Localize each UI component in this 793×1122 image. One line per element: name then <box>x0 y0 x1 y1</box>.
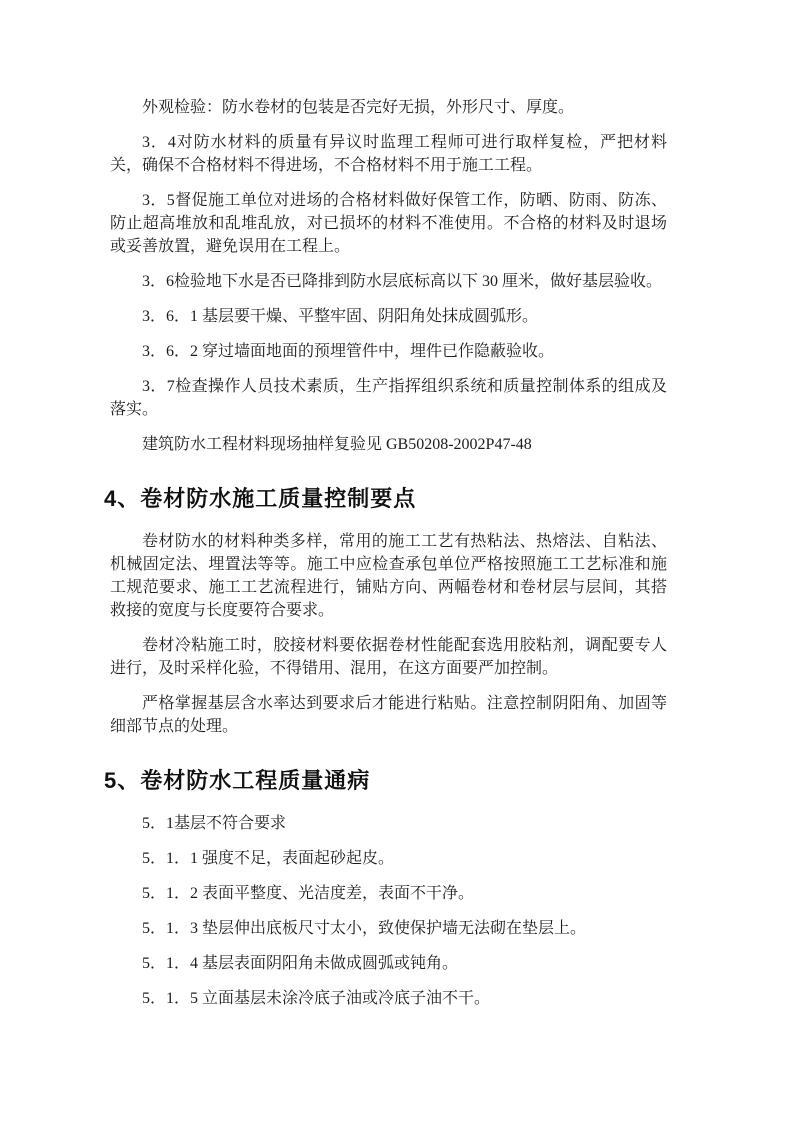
paragraph-3-6-2: 3．6．2 穿过墙面地面的预埋管件中，埋件已作隐蔽验收。 <box>110 340 667 363</box>
paragraph-base-moisture: 严格掌握基层含水率达到要求后才能进行粘贴。注意控制阴阳角、加固等细部节点的处理。 <box>110 692 667 738</box>
paragraph-3-6-1: 3．6．1 基层要干燥、平整牢固、阴阳角处抹成圆弧形。 <box>110 305 667 328</box>
paragraph-standard-reference: 建筑防水工程材料现场抽样复验见 GB50208-2002P47-48 <box>110 433 667 456</box>
paragraph-3-6: 3．6检验地下水是否已降排到防水层底标高以下 30 厘米，做好基层验收。 <box>110 270 667 293</box>
paragraph-appearance-inspection: 外观检验：防水卷材的包装是否完好无损，外形尺寸、厚度。 <box>110 96 667 119</box>
paragraph-membrane-materials: 卷材防水的材料种类多样，常用的施工工艺有热粘法、热熔法、自粘法、机械固定法、埋置… <box>110 530 667 622</box>
paragraph-5-1-3: 5．1．3 垫层伸出底板尺寸太小，致使保护墙无法砌在垫层上。 <box>110 917 667 940</box>
paragraph-3-7: 3．7检查操作人员技术素质，生产指挥组织系统和质量控制体系的组成及落实。 <box>110 375 667 421</box>
paragraph-cold-bonding: 卷材冷粘施工时，胶接材料要依据卷材性能配套选用胶粘剂，调配要专人进行，及时采样化… <box>110 634 667 680</box>
section-heading-5: 5、卷材防水工程质量通病 <box>104 766 667 796</box>
paragraph-5-1-1: 5．1．1 强度不足，表面起砂起皮。 <box>110 847 667 870</box>
paragraph-3-4: 3．4对防水材料的质量有异议时监理工程师可进行取样复检，严把材料关，确保不合格材… <box>110 131 667 177</box>
document-page: 外观检验：防水卷材的包装是否完好无损，外形尺寸、厚度。 3．4对防水材料的质量有… <box>0 0 793 1122</box>
paragraph-5-1-4: 5．1．4 基层表面阴阳角未做成圆弧或钝角。 <box>110 952 667 975</box>
section-heading-4: 4、卷材防水施工质量控制要点 <box>104 484 667 514</box>
paragraph-5-1-5: 5．1．5 立面基层未涂冷底子油或冷底子油不干。 <box>110 987 667 1010</box>
paragraph-5-1-2: 5．1．2 表面平整度、光洁度差，表面不干净。 <box>110 882 667 905</box>
paragraph-5-1: 5．1基层不符合要求 <box>110 812 667 835</box>
paragraph-3-5: 3．5督促施工单位对进场的合格材料做好保管工作，防晒、防雨、防冻、防止超高堆放和… <box>110 189 667 258</box>
